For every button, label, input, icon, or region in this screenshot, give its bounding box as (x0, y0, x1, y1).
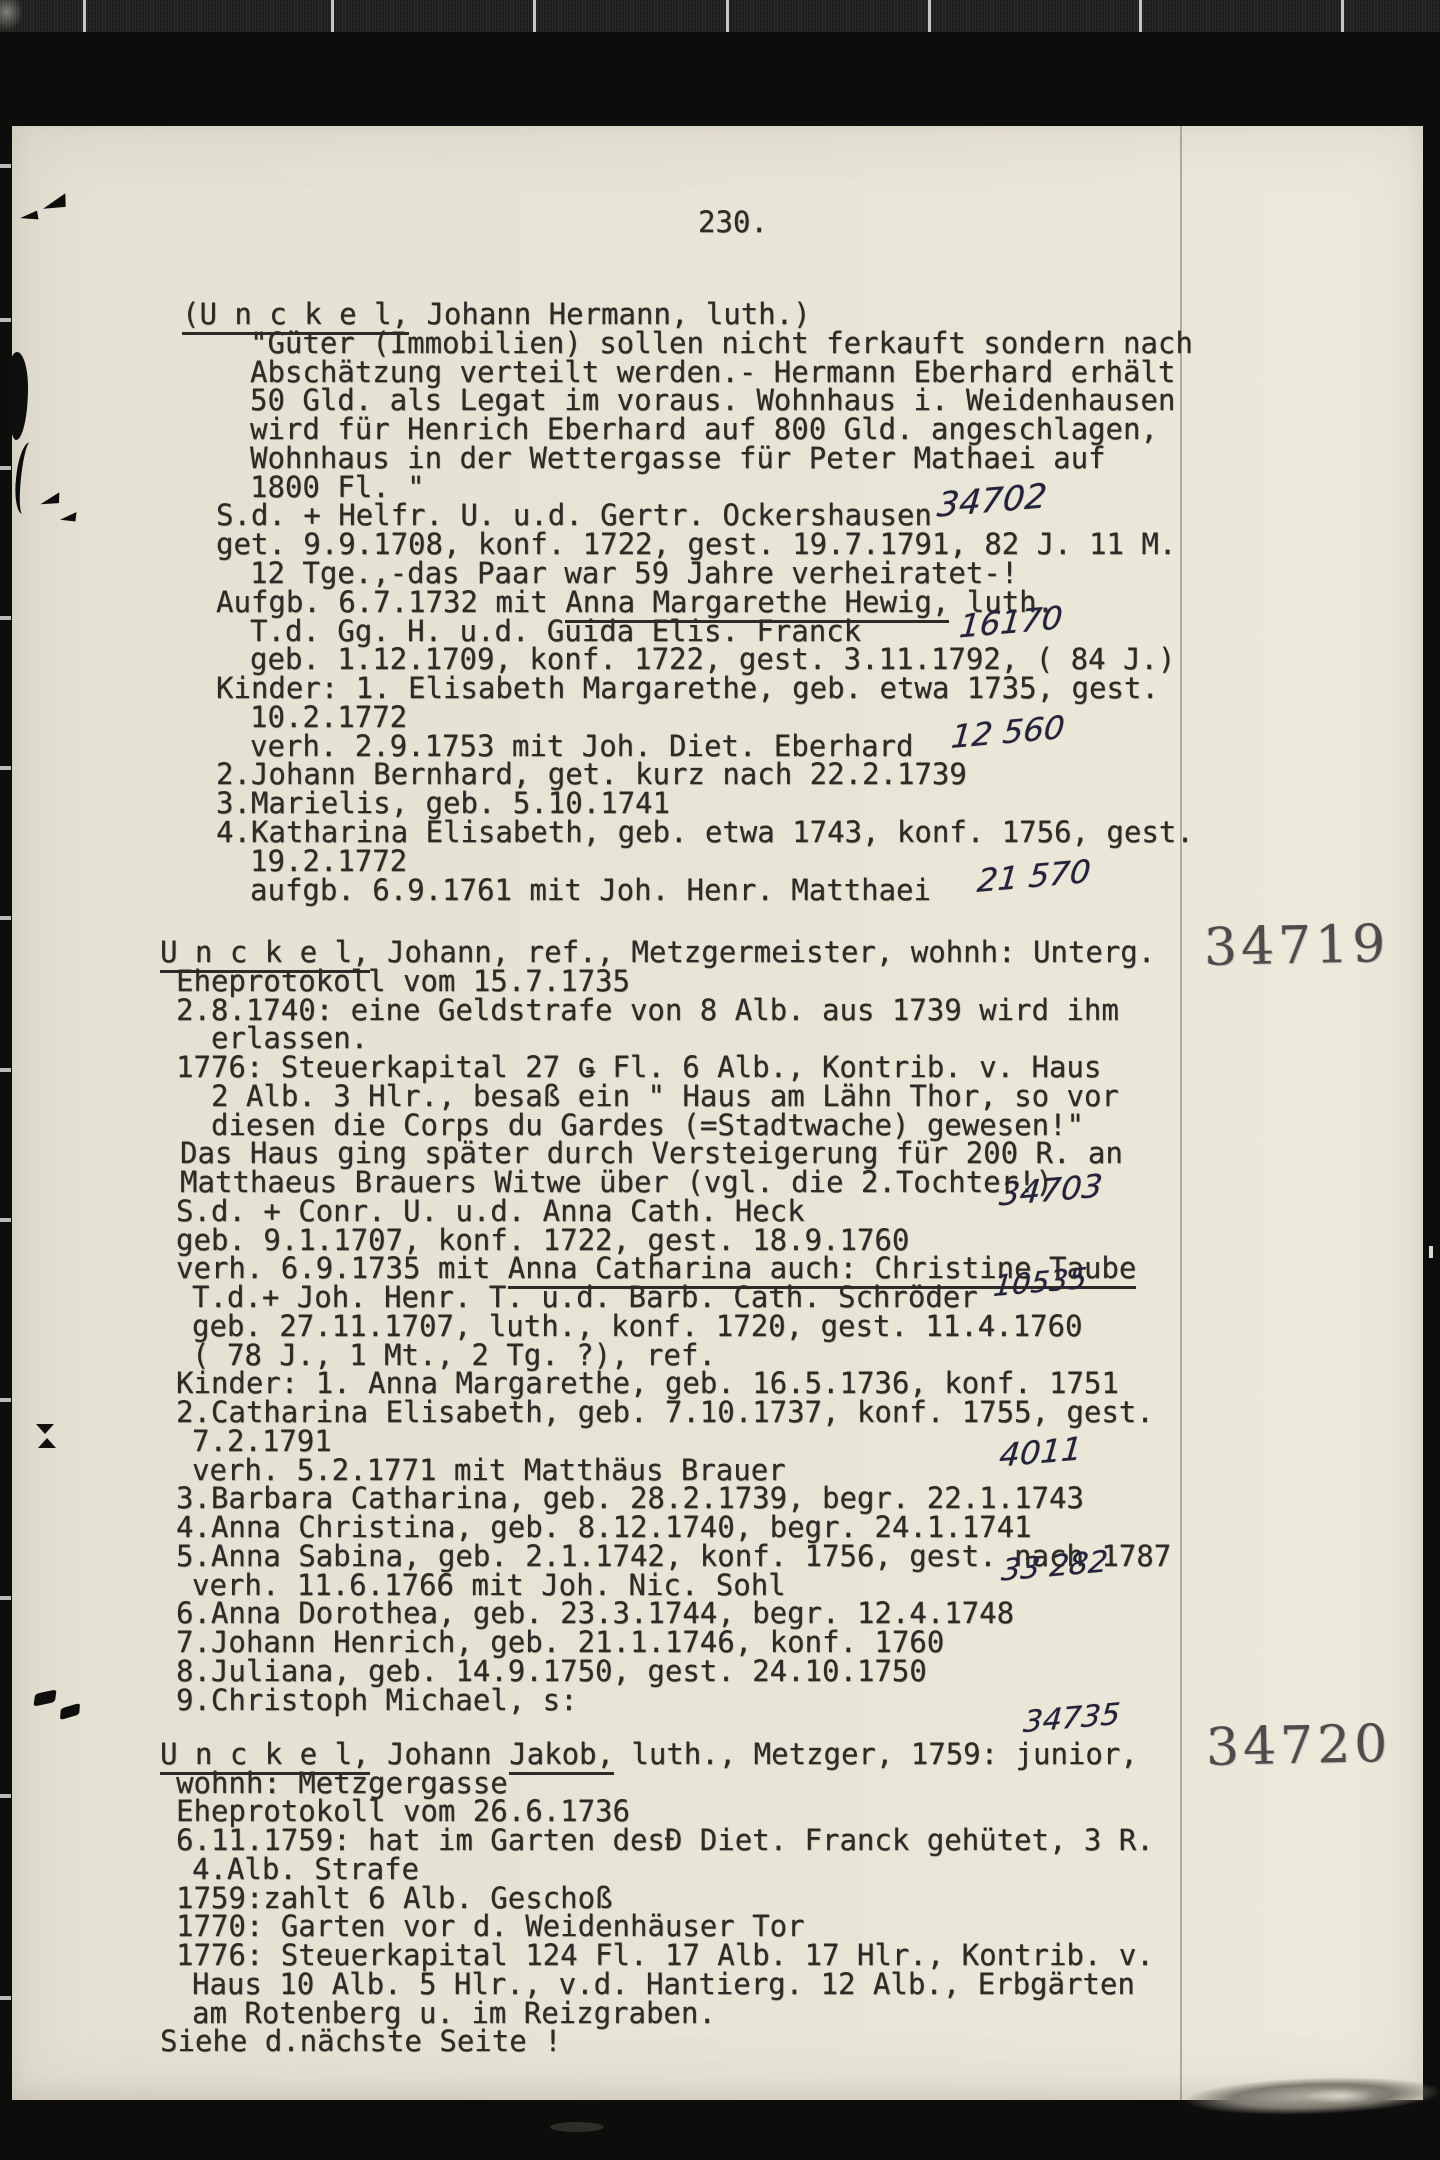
bottom-highlight-bright (1305, 2088, 1375, 2104)
film-strip-top (0, 0, 1440, 32)
page-number: 230. (698, 208, 768, 237)
text-line: 9.Christoph Michael, s: (176, 1686, 578, 1715)
text-line: Kinder: 1. Elisabeth Margarethe, geb. et… (216, 674, 1159, 703)
text-line: 12 Tge.,-das Paar war 59 Jahre verheirat… (250, 559, 1018, 588)
handwritten-number: 34702 (936, 479, 1048, 522)
archive-stamp: 34720 (1205, 1718, 1391, 1774)
film-edge-tick (0, 1218, 11, 1222)
film-corner-blotch (0, 0, 22, 30)
text-line: 6.11.1759: hat im Garten desÐ Diet. Fran… (176, 1826, 1154, 1855)
film-edge-tick (0, 1794, 11, 1798)
film-frame-line (83, 0, 86, 32)
text-line: Haus 10 Alb. 5 Hlr., v.d. Hantierg. 12 A… (192, 1970, 1135, 1999)
film-frame-line (331, 0, 334, 32)
text-line: Das Haus ging später durch Versteigerung… (180, 1139, 1123, 1168)
text-line: 50 Gld. als Legat im voraus. Wohnhaus i.… (250, 386, 1175, 415)
text-line: Siehe d.nächste Seite ! (160, 2027, 562, 2056)
text-line: Wohnhaus in der Wettergasse für Peter Ma… (250, 444, 1106, 473)
archive-stamp: 34719 (1203, 918, 1389, 974)
film-edge-tick (0, 1596, 11, 1600)
margin-ruled-line (1180, 126, 1182, 2100)
text-line: 6.Anna Dorothea, geb. 23.3.1744, begr. 1… (176, 1599, 1014, 1628)
film-frame-line (1139, 0, 1142, 32)
text-line: 7.2.1791 (192, 1427, 332, 1456)
text-line: geb. 1.12.1709, konf. 1722, gest. 3.11.1… (250, 645, 1175, 674)
text-line: 4.Anna Christina, geb. 8.12.1740, begr. … (176, 1513, 1032, 1542)
film-edge-tick (0, 466, 11, 470)
scanned-microfilm-page: { "page_number": "230.", "colors": { "pa… (0, 0, 1440, 2160)
text-line: U n c k e l, Johann Jakob, luth., Metzge… (160, 1740, 1138, 1769)
handwritten-number: 34703 (998, 1170, 1104, 1211)
handwritten-number: 4011 (998, 1433, 1083, 1472)
text-line: 2 Alb. 3 Hlr., besaß ein " Haus am Lähn … (211, 1082, 1119, 1111)
text-line: 4.Katharina Elisabeth, geb. etwa 1743, k… (216, 818, 1194, 847)
text-line: 3.Marielis, geb. 5.10.1741 (216, 789, 670, 818)
text-line: 1776: Steuerkapital 27 Ǥ Fl. 6 Alb., Kon… (176, 1053, 1101, 1082)
text-line: 1776: Steuerkapital 124 Fl. 17 Alb. 17 H… (176, 1941, 1154, 1970)
text-line: 3.Barbara Catharina, geb. 28.2.1739, beg… (176, 1484, 1084, 1513)
text-line: Eheprotokoll vom 15.7.1735 (176, 967, 630, 996)
text-line: 10.2.1772 (250, 703, 407, 732)
text-line: 7.Johann Henrich, geb. 21.1.1746, konf. … (176, 1628, 944, 1657)
text-line: geb. 27.11.1707, luth., konf. 1720, gest… (192, 1312, 1082, 1341)
film-edge-tick (0, 766, 11, 770)
bottom-smudge (550, 2122, 604, 2132)
text-line: S.d. + Helfr. U. u.d. Gertr. Ockershause… (216, 501, 932, 530)
text-line: wird für Henrich Eberhard auf 800 Gld. a… (250, 415, 1158, 444)
film-frame-line (1341, 0, 1344, 32)
text-line: Aufgb. 6.7.1732 mit Anna Margarethe Hewi… (216, 588, 1054, 617)
text-line: erlassen. (211, 1024, 368, 1053)
film-edge-tick (0, 1996, 11, 2000)
text-line: 2.Catharina Elisabeth, geb. 7.10.1737, k… (176, 1398, 1154, 1427)
text-line: (U n c k e l, Johann Hermann, luth.) (182, 300, 811, 329)
text-line: 4.Alb. Strafe (192, 1855, 419, 1884)
ink-mark (36, 1424, 54, 1434)
film-edge-tick (0, 1068, 11, 1072)
handwritten-number: 21 570 (976, 855, 1092, 897)
film-edge-tick (0, 916, 11, 920)
film-edge-tick (0, 164, 11, 168)
film-frame-line (533, 0, 536, 32)
film-edge-tick (0, 318, 11, 322)
ink-mark (38, 1438, 56, 1448)
text-line: Matthaeus Brauers Witwe über (vgl. die 2… (180, 1168, 1053, 1197)
text-line: 2.Johann Bernhard, get. kurz nach 22.2.1… (216, 760, 967, 789)
film-frame-line (928, 0, 931, 32)
text-line: get. 9.9.1708, konf. 1722, gest. 19.7.17… (216, 530, 1176, 559)
handwritten-number: 34735 (1022, 1700, 1121, 1738)
text-line: T.d.+ Joh. Henr. T. u.d. Barb. Cath. Sch… (192, 1283, 978, 1312)
film-edge-dot (1429, 1246, 1433, 1258)
film-edge-tick (0, 616, 11, 620)
text-line: "Güter (Immobilien) sollen nicht ferkauf… (250, 329, 1193, 358)
film-edge-tick (0, 1398, 11, 1402)
text-line: aufgb. 6.9.1761 mit Joh. Henr. Matthaei (250, 876, 931, 905)
text-line: S.d. + Conr. U. u.d. Anna Cath. Heck (176, 1197, 805, 1226)
film-frame-line (726, 0, 729, 32)
text-line: 1770: Garten vor d. Weidenhäuser Tor (176, 1912, 805, 1941)
handwritten-number: 12 560 (950, 711, 1066, 753)
text-line: Kinder: 1. Anna Margarethe, geb. 16.5.17… (176, 1369, 1119, 1398)
handwritten-number: 10535 (992, 1264, 1088, 1301)
text-line: verh. 6.9.1735 mit Anna Catharina auch: … (176, 1254, 1136, 1283)
handwritten-number: 16170 (958, 602, 1064, 643)
text-line: 8.Juliana, geb. 14.9.1750, gest. 24.10.1… (176, 1657, 927, 1686)
text-line: U n c k e l, Johann, ref., Metzgermeiste… (160, 938, 1155, 967)
text-line: 19.2.1772 (250, 847, 407, 876)
text-line: Eheprotokoll vom 26.6.1736 (176, 1797, 630, 1826)
